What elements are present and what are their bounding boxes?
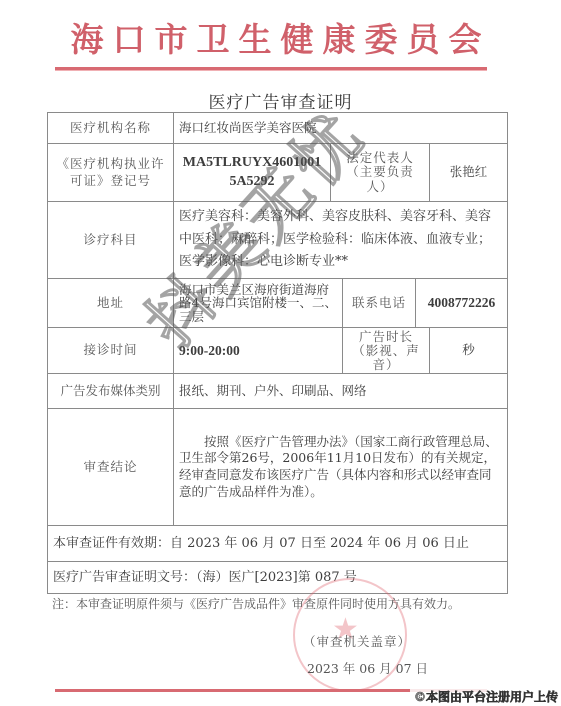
row-hours: 接诊时间 9:00-20:00 广告时长 （影视、声音） 秒 bbox=[48, 328, 508, 374]
certificate-table: 医疗机构名称 海口红妆尚医学美容医院 《医疗机构执业许可证》登记号 MA5TLR… bbox=[47, 112, 508, 594]
legal-rep-label-line1: 法定代表人 bbox=[336, 151, 424, 165]
seal-label: （审查机关盖章） bbox=[303, 632, 411, 650]
media-label: 广告发布媒体类别 bbox=[48, 374, 174, 409]
license-number-line1: MA5TLRUYX4601001 bbox=[179, 154, 325, 173]
departments-label: 诊疗科目 bbox=[48, 202, 174, 279]
legal-rep-label-line2: （主要负责人） bbox=[336, 165, 424, 194]
header-red-divider bbox=[55, 67, 487, 71]
conclusion-value: 按照《医疗广告管理办法》（国家工商行政管理总局、卫生部令第26号，2006年11… bbox=[174, 409, 508, 526]
ad-duration-label-line2: （影视、声音） bbox=[345, 344, 427, 372]
issuing-organization-title: 海口市卫生健康委员会 bbox=[0, 14, 561, 61]
license-number-line2: 5A5292 bbox=[179, 173, 325, 192]
phone-label: 联系电话 bbox=[343, 279, 416, 328]
row-license: 《医疗机构执业许可证》登记号 MA5TLRUYX4601001 5A5292 法… bbox=[48, 144, 508, 202]
ad-duration-label-line1: 广告时长 bbox=[345, 330, 427, 344]
institution-name-value: 海口红妆尚医学美容医院 bbox=[174, 113, 508, 144]
license-number: MA5TLRUYX4601001 5A5292 bbox=[174, 144, 331, 202]
address-label: 地址 bbox=[48, 279, 174, 328]
row-validity: 本审查证件有效期：自 2023 年 06 月 07 日至 2024 年 06 月… bbox=[48, 526, 508, 562]
ad-duration-label: 广告时长 （影视、声音） bbox=[343, 328, 430, 374]
address-value: 海口市美兰区海府街道海府路4号海口宾馆附楼一、二、三层 bbox=[174, 279, 343, 328]
conclusion-label: 审查结论 bbox=[48, 409, 174, 526]
media-value: 报纸、期刊、户外、印刷品、网络 bbox=[174, 374, 508, 409]
phone-value: 4008772226 bbox=[416, 279, 508, 328]
row-cert-number: 医疗广告审查证明文号：（海）医广[2023]第 087 号 bbox=[48, 562, 508, 594]
validity-period: 本审查证件有效期：自 2023 年 06 月 07 日至 2024 年 06 月… bbox=[48, 526, 508, 562]
document-title: 医疗广告审查证明 bbox=[0, 88, 561, 113]
certificate-number: 医疗广告审查证明文号：（海）医广[2023]第 087 号 bbox=[48, 562, 508, 594]
row-conclusion: 审查结论 按照《医疗广告管理办法》（国家工商行政管理总局、卫生部令第26号，20… bbox=[48, 409, 508, 526]
departments-value: 医疗美容科：美容外科、美容皮肤科、美容牙科、美容中医科；麻醉科；医学检验科：临床… bbox=[174, 202, 508, 279]
institution-name-label: 医疗机构名称 bbox=[48, 113, 174, 144]
hours-value: 9:00-20:00 bbox=[174, 328, 343, 374]
legal-rep-value: 张艳红 bbox=[430, 144, 508, 202]
issue-date: 2023 年 06 月 07 日 bbox=[307, 659, 428, 677]
row-media: 广告发布媒体类别 报纸、期刊、户外、印刷品、网络 bbox=[48, 374, 508, 409]
row-address: 地址 海口市美兰区海府街道海府路4号海口宾馆附楼一、二、三层 联系电话 4008… bbox=[48, 279, 508, 328]
validity-note: 注：本审查证明原件须与《医疗广告成品件》审查原件同时使用方具有效力。 bbox=[52, 595, 460, 612]
license-label: 《医疗机构执业许可证》登记号 bbox=[48, 144, 174, 202]
ad-duration-value: 秒 bbox=[430, 328, 508, 374]
hours-label: 接诊时间 bbox=[48, 328, 174, 374]
upload-attribution-badge: ©本图由平台注册用户上传 bbox=[410, 688, 561, 706]
legal-rep-label: 法定代表人 （主要负责人） bbox=[331, 144, 430, 202]
row-departments: 诊疗科目 医疗美容科：美容外科、美容皮肤科、美容牙科、美容中医科；麻醉科；医学检… bbox=[48, 202, 508, 279]
row-institution-name: 医疗机构名称 海口红妆尚医学美容医院 bbox=[48, 113, 508, 144]
